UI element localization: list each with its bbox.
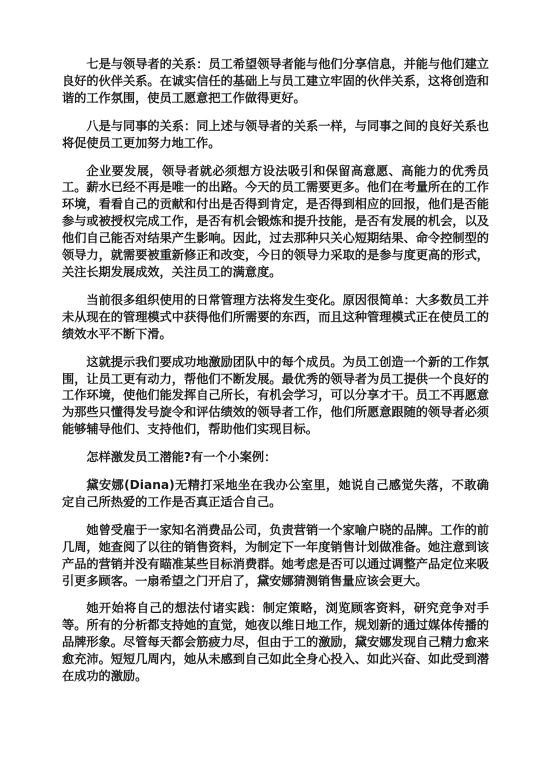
paragraph-case-intro: 怎样激发员工潜能?有一个小案例： [62,449,489,466]
paragraph-management-change: 当前很多组织使用的日常管理方法将发生变化。原因很简单：大多数员工并未从现在的管理… [62,292,489,343]
paragraph-motivate-team: 这就提示我们要成功地激励团队中的每个成员。为员工创造一个新的工作氛围，让员工更有… [62,354,489,439]
paragraph-colleague-relationship: 八是与同事的关系：同上述与领导者的关系一样，与同事之间的良好关系也将促使员工更加… [62,118,489,152]
document-page: 七是与领导者的关系：员工希望领导者能与他们分享信息，并能与他们建立良好的伙伴关系… [0,0,549,778]
paragraph-diana-employment: 她曾受雇于一家知名消费品公司，负责营销一个家喻户晓的品牌。工作的前几周，她查阅了… [62,522,489,590]
paragraph-diana-intro: 黛安娜(Diana)无精打采地坐在我办公室里，她说自己感觉失落，不敢确定自己所热… [62,477,489,511]
paragraph-diana-practice: 她开始将自己的想法付诸实践：制定策略，浏览顾客资料，研究竞争对手等。所有的分析都… [62,600,489,685]
paragraph-leader-relationship: 七是与领导者的关系：员工希望领导者能与他们分享信息，并能与他们建立良好的伙伴关系… [62,56,489,107]
paragraph-enterprise-development: 企业要发展，领导者就必须想方设法吸引和保留高意愿、高能力的优秀员工。薪水已经不再… [62,163,489,281]
text-block: 七是与领导者的关系：员工希望领导者能与他们分享信息，并能与他们建立良好的伙伴关系… [62,56,489,696]
